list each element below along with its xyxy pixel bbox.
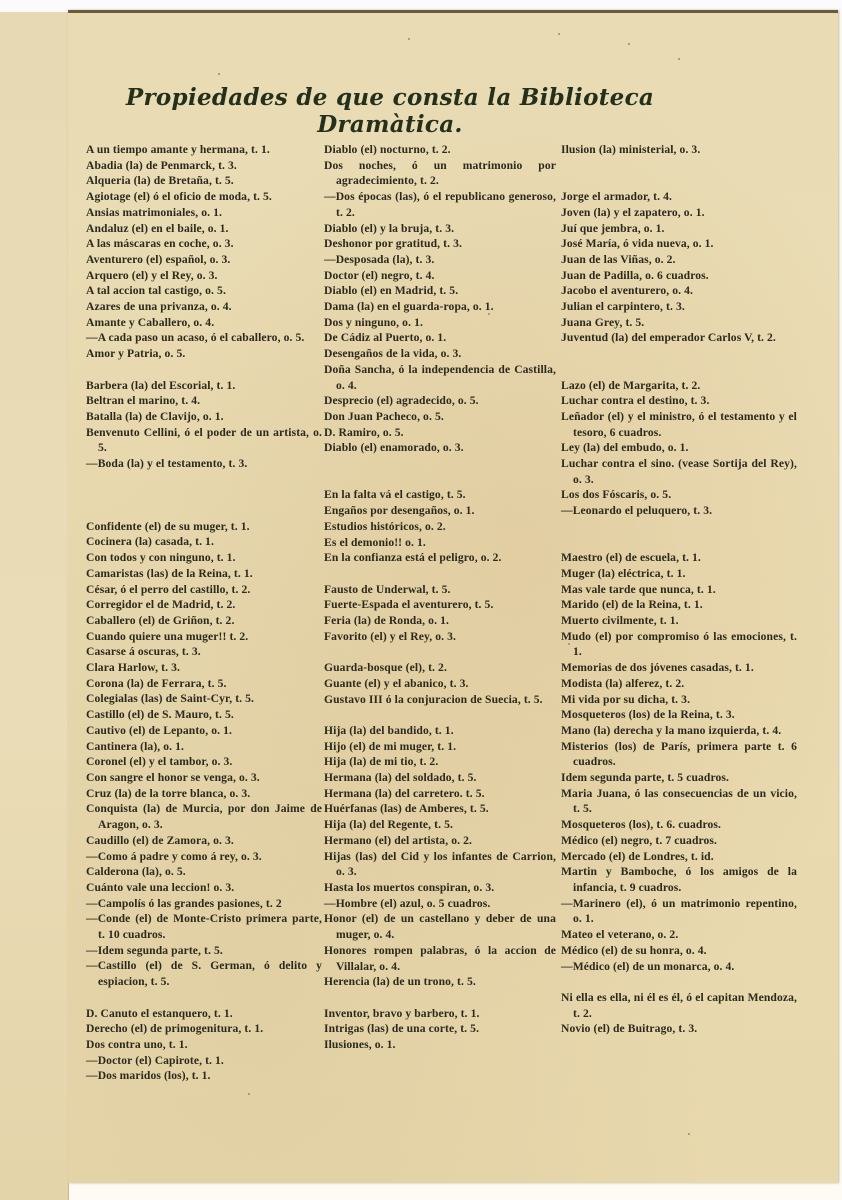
catalog-entry: Memorias de dos jóvenes casadas, t. 1. <box>561 660 797 676</box>
catalog-entry: Hermano (el) del artista, o. 2. <box>324 833 556 849</box>
catalog-entry: Juan de Padilla, o. 6 cuadros. <box>561 268 797 284</box>
catalog-entry: Andaluz (el) en el baile, o. 1. <box>86 221 322 237</box>
catalog-entry: Aventurero (el) español, o. 3. <box>86 252 322 268</box>
catalog-entry: En la falta vá el castigo, t. 5. <box>324 487 556 503</box>
group-c: Confidente (el) de su muger, t. 1. Cocin… <box>86 519 322 990</box>
column-middle: Diablo (el) nocturno, t. 2. Dos noches, … <box>324 142 556 1053</box>
catalog-entry: Con sangre el honor se venga, o. 3. <box>86 770 322 786</box>
catalog-entry: Herencia (la) de un trono, t. 5. <box>324 974 556 990</box>
group-g: Guarda-bosque (el), t. 2. Guante (el) y … <box>324 660 556 707</box>
group-f: Fausto de Underwal, t. 5. Fuerte-Espada … <box>324 582 556 645</box>
section-gap <box>561 346 797 377</box>
catalog-entry: Casarse á oscuras, t. 3. <box>86 644 322 660</box>
catalog-entry: Hermana (la) del carretero. t. 5. <box>324 786 556 802</box>
catalog-entry: Luchar contra el sino. (vease Sortija de… <box>561 456 797 487</box>
catalog-entry: Martin y Bamboche, ó los amigos de la in… <box>561 864 797 895</box>
catalog-entry: Médico (el) negro, t. 7 cuadros. <box>561 833 797 849</box>
catalog-entry: Colegialas (las) de Saint-Cyr, t. 5. <box>86 691 322 707</box>
catalog-entry: Estudios históricos, o. 2. <box>324 519 556 535</box>
catalog-entry: Conquista (la) de Murcia, por don Jaime … <box>86 801 322 832</box>
catalog-entry: Dos contra uno, t. 1. <box>86 1037 322 1053</box>
catalog-entry: Mi vida por su dicha, t. 3. <box>561 692 797 708</box>
catalog-entry: Arquero (el) y el Rey, o. 3. <box>86 268 322 284</box>
document-title: Propiedades de que consta la Biblioteca … <box>60 84 720 138</box>
catalog-entry: Ni ella es ella, ni él es él, ó el capit… <box>561 990 797 1021</box>
section-gap <box>324 707 556 723</box>
section-gap <box>86 362 322 378</box>
catalog-entry: —Idem segunda parte, t. 5. <box>86 943 322 959</box>
catalog-entry: Es el demonio!! o. 1. <box>324 535 556 551</box>
underlying-sheet-edge <box>0 12 69 1200</box>
catalog-entry: Jorge el armador, t. 4. <box>561 189 797 205</box>
catalog-entry: Doctor (el) negro, t. 4. <box>324 268 556 284</box>
catalog-entry: Idem segunda parte, t. 5 cuadros. <box>561 770 797 786</box>
catalog-entry: Dos noches, ó un matrimonio por agradeci… <box>324 158 556 189</box>
catalog-entry: —Doctor (el) Capirote, t. 1. <box>86 1053 322 1069</box>
group-i: Inventor, bravo y barbero, t. 1. Intriga… <box>324 1006 556 1053</box>
section-gap <box>86 472 322 519</box>
catalog-entry: Coronel (el) y el tambor, o. 3. <box>86 754 322 770</box>
catalog-entry: De Cádiz al Puerto, o. 1. <box>324 330 556 346</box>
catalog-entry: —Marinero (el), ó un matrimonio repentin… <box>561 896 797 927</box>
group-d: D. Canuto el estanquero, t. 1. Derecho (… <box>86 1006 322 1085</box>
catalog-entry: —Hombre (el) azul, o. 5 cuadros. <box>324 896 556 912</box>
catalog-entry: Marido (el) de la Reina, t. 1. <box>561 597 797 613</box>
catalog-entry: —Conde (el) de Monte-Cristo primera part… <box>86 911 322 942</box>
catalog-entry: —Leonardo el peluquero, t. 3. <box>561 503 797 519</box>
catalog-entry: Guante (el) y el abanico, t. 3. <box>324 676 556 692</box>
catalog-entry: Gustavo III ó la conjuracion de Suecia, … <box>324 692 556 708</box>
catalog-entry: Médico (el) de su honra, o. 4. <box>561 943 797 959</box>
catalog-entry: Calderona (la), o. 5. <box>86 864 322 880</box>
catalog-entry: Confidente (el) de su muger, t. 1. <box>86 519 322 535</box>
catalog-entry: —Desposada (la), t. 3. <box>324 252 556 268</box>
catalog-entry: Diablo (el) nocturno, t. 2. <box>324 142 556 158</box>
catalog-entry: Agiotage (el) ó el oficio de moda, t. 5. <box>86 189 322 205</box>
catalog-entry: Honores rompen palabras, ó la accion de … <box>324 943 556 974</box>
catalog-entry: Cantinera (la), o. 1. <box>86 739 322 755</box>
group-d: Diablo (el) nocturno, t. 2. Dos noches, … <box>324 142 556 456</box>
catalog-entry: Mosqueteros (los), t. 6. cuadros. <box>561 817 797 833</box>
catalog-entry: Diablo (el) en Madrid, t. 5. <box>324 283 556 299</box>
catalog-entry: Cruz (la) de la torre blanca, o. 3. <box>86 786 322 802</box>
section-gap <box>324 990 556 1006</box>
group-m: Maestro (el) de escuela, t. 1. Muger (la… <box>561 550 797 974</box>
catalog-entry: Dama (la) en el guarda-ropa, o. 1. <box>324 299 556 315</box>
catalog-entry: Corregidor el de Madrid, t. 2. <box>86 597 322 613</box>
catalog-entry: Diablo (el) y la bruja, t. 3. <box>324 221 556 237</box>
catalog-entry: Alqueria (la) de Bretaña, t. 5. <box>86 173 322 189</box>
section-gap <box>324 644 556 660</box>
catalog-entry: Desengaños de la vida, o. 3. <box>324 346 556 362</box>
catalog-entry: Dos y ninguno, o. 1. <box>324 315 556 331</box>
catalog-entry: —Médico (el) de un monarca, o. 4. <box>561 959 797 975</box>
catalog-entry: Ilusiones, o. 1. <box>324 1037 556 1053</box>
group-b: Barbera (la) del Escorial, t. 1. Beltran… <box>86 378 322 472</box>
catalog-entry: —Boda (la) y el testamento, t. 3. <box>86 456 322 472</box>
catalog-entry: Corona (la) de Ferrara, t. 5. <box>86 676 322 692</box>
section-gap <box>561 519 797 550</box>
catalog-entry: Mano (la) derecha y la mano izquierda, t… <box>561 723 797 739</box>
catalog-entry: Modista (la) alferez, t. 2. <box>561 676 797 692</box>
catalog-entry: Maestro (el) de escuela, t. 1. <box>561 550 797 566</box>
section-gap <box>86 990 322 1006</box>
catalog-entry: —A cada paso un acaso, ó el caballero, o… <box>86 330 322 346</box>
catalog-entry: Hijo (el) de mi muger, t. 1. <box>324 739 556 755</box>
catalog-entry: Amante y Caballero, o. 4. <box>86 315 322 331</box>
catalog-entry: Mercado (el) de Londres, t. id. <box>561 849 797 865</box>
catalog-entry: —Castillo (el) de S. German, ó delito y … <box>86 958 322 989</box>
catalog-entry: Los dos Fóscaris, o. 5. <box>561 487 797 503</box>
group-h: Hija (la) del bandido, t. 1. Hijo (el) d… <box>324 723 556 990</box>
group-n: Ni ella es ella, ni él es él, ó el capit… <box>561 990 797 1037</box>
catalog-entry: Clara Harlow, t. 3. <box>86 660 322 676</box>
catalog-entry: En la confianza está el peligro, o. 2. <box>324 550 556 566</box>
catalog-entry: Deshonor por gratitud, t. 3. <box>324 236 556 252</box>
catalog-entry: Huérfanas (las) de Amberes, t. 5. <box>324 801 556 817</box>
group-e: En la falta vá el castigo, t. 5. Engaños… <box>324 487 556 566</box>
catalog-entry: Hijas (las) del Cid y los infantes de Ca… <box>324 849 556 880</box>
catalog-entry: Novio (el) de Buitrago, t. 3. <box>561 1021 797 1037</box>
group-i: Ilusion (la) ministerial, o. 3. <box>561 142 797 158</box>
catalog-entry: Desprecio (el) agradecido, o. 5. <box>324 393 556 409</box>
catalog-entry: Luchar contra el destino, t. 3. <box>561 393 797 409</box>
catalog-entry: Cocinera (la) casada, t. 1. <box>86 534 322 550</box>
catalog-entry: Caudillo (el) de Zamora, o. 3. <box>86 833 322 849</box>
catalog-entry: Con todos y con ninguno, t. 1. <box>86 550 322 566</box>
section-gap <box>324 456 556 487</box>
catalog-entry: Batalla (la) de Clavijo, o. 1. <box>86 409 322 425</box>
catalog-entry: Don Juan Pacheco, o. 5. <box>324 409 556 425</box>
catalog-entry: —Campolís ó las grandes pasiones, t. 2 <box>86 896 322 912</box>
catalog-entry: Juan de las Viñas, o. 2. <box>561 252 797 268</box>
catalog-entry: Cuando quiere una muger!! t. 2. <box>86 629 322 645</box>
catalog-entry: Hasta los muertos conspiran, o. 3. <box>324 880 556 896</box>
catalog-entry: Mosqueteros (los) de la Reina, t. 3. <box>561 707 797 723</box>
catalog-entry: —Como á padre y como á rey, o. 3. <box>86 849 322 865</box>
catalog-entry: Hija (la) del Regente, t. 5. <box>324 817 556 833</box>
section-gap <box>324 566 556 582</box>
section-gap <box>561 974 797 990</box>
section-gap <box>561 158 797 189</box>
catalog-entry: Benvenuto Cellini, ó el poder de un arti… <box>86 425 322 456</box>
catalog-entry: Hija (la) del bandido, t. 1. <box>324 723 556 739</box>
catalog-entry: Diablo (el) enamorado, o. 3. <box>324 440 556 456</box>
catalog-entry: A las máscaras en coche, o. 3. <box>86 236 322 252</box>
catalog-entry: Ansias matrimoniales, o. 1. <box>86 205 322 221</box>
catalog-entry: Amor y Patria, o. 5. <box>86 346 322 362</box>
catalog-entry: Azares de una privanza, o. 4. <box>86 299 322 315</box>
catalog-entry: A tal accion tal castigo, o. 5. <box>86 283 322 299</box>
catalog-entry: Inventor, bravo y barbero, t. 1. <box>324 1006 556 1022</box>
catalog-entry: Engaños por desengaños, o. 1. <box>324 503 556 519</box>
catalog-entry: Julian el carpintero, t. 3. <box>561 299 797 315</box>
group-a: A un tiempo amante y hermana, t. 1. Abad… <box>86 142 322 362</box>
catalog-entry: Hermana (la) del soldado, t. 5. <box>324 770 556 786</box>
catalog-entry: Doña Sancha, ó la independencia de Casti… <box>324 362 556 393</box>
catalog-entry: Fuerte-Espada el aventurero, t. 5. <box>324 597 556 613</box>
group-j: Jorge el armador, t. 4. Joven (la) y el … <box>561 189 797 346</box>
catalog-entry: Mateo el veterano, o. 2. <box>561 927 797 943</box>
catalog-entry: Cautivo (el) de Lepanto, o. 1. <box>86 723 322 739</box>
catalog-entry: Misterios (los) de París, primera parte … <box>561 739 797 770</box>
catalog-entry: Mudo (el) por compromiso ó las emociones… <box>561 629 797 660</box>
catalog-entry: Ley (la) del embudo, o. 1. <box>561 440 797 456</box>
catalog-entry: José María, ó vida nueva, o. 1. <box>561 236 797 252</box>
catalog-entry: Castillo (el) de S. Mauro, t. 5. <box>86 707 322 723</box>
catalog-entry: Jacobo el aventurero, o. 4. <box>561 283 797 299</box>
catalog-entry: —Dos épocas (las), ó el republicano gene… <box>324 189 556 220</box>
catalog-entry: Muerto civilmente, t. 1. <box>561 613 797 629</box>
catalog-entry: Guarda-bosque (el), t. 2. <box>324 660 556 676</box>
catalog-entry: Camaristas (las) de la Reina, t. 1. <box>86 566 322 582</box>
catalog-entry: Maria Juana, ó las consecuencias de un v… <box>561 786 797 817</box>
catalog-entry: César, ó el perro del castillo, t. 2. <box>86 582 322 598</box>
catalog-entry: Caballero (el) de Griñon, t. 2. <box>86 613 322 629</box>
column-right: Ilusion (la) ministerial, o. 3. Jorge el… <box>561 142 797 1037</box>
catalog-entry: Juana Grey, t. 5. <box>561 315 797 331</box>
catalog-entry: Fausto de Underwal, t. 5. <box>324 582 556 598</box>
catalog-entry: Intrigas (las) de una corte, t. 5. <box>324 1021 556 1037</box>
catalog-entry: Juí que jembra, o. 1. <box>561 221 797 237</box>
catalog-entry: Ilusion (la) ministerial, o. 3. <box>561 142 797 158</box>
catalog-entry: Mas vale tarde que nunca, t. 1. <box>561 582 797 598</box>
group-l: Lazo (el) de Margarita, t. 2. Luchar con… <box>561 378 797 519</box>
catalog-entry: A un tiempo amante y hermana, t. 1. <box>86 142 322 158</box>
catalog-entry: Beltran el marino, t. 4. <box>86 393 322 409</box>
catalog-entry: Leñador (el) y el ministro, ó el testame… <box>561 409 797 440</box>
catalog-entry: D. Canuto el estanquero, t. 1. <box>86 1006 322 1022</box>
catalog-entry: Barbera (la) del Escorial, t. 1. <box>86 378 322 394</box>
catalog-entry: —Dos maridos (los), t. 1. <box>86 1068 322 1084</box>
catalog-entry: Favorito (el) y el Rey, o. 3. <box>324 629 556 645</box>
catalog-entry: Lazo (el) de Margarita, t. 2. <box>561 378 797 394</box>
catalog-entry: Derecho (el) de primogenitura, t. 1. <box>86 1021 322 1037</box>
column-left: A un tiempo amante y hermana, t. 1. Abad… <box>86 142 322 1084</box>
catalog-entry: Honor (el) de un castellano y deber de u… <box>324 911 556 942</box>
catalog-entry: Muger (la) eléctrica, t. 1. <box>561 566 797 582</box>
catalog-entry: D. Ramiro, o. 5. <box>324 425 556 441</box>
catalog-entry: Feria (la) de Ronda, o. 1. <box>324 613 556 629</box>
catalog-entry: Joven (la) y el zapatero, o. 1. <box>561 205 797 221</box>
catalog-entry: Cuánto vale una leccion! o. 3. <box>86 880 322 896</box>
catalog-entry: Hija (la) de mi tio, t. 2. <box>324 754 556 770</box>
catalog-entry: Juventud (la) del emperador Carlos V, t.… <box>561 330 797 346</box>
catalog-entry: Abadia (la) de Penmarck, t. 3. <box>86 158 322 174</box>
